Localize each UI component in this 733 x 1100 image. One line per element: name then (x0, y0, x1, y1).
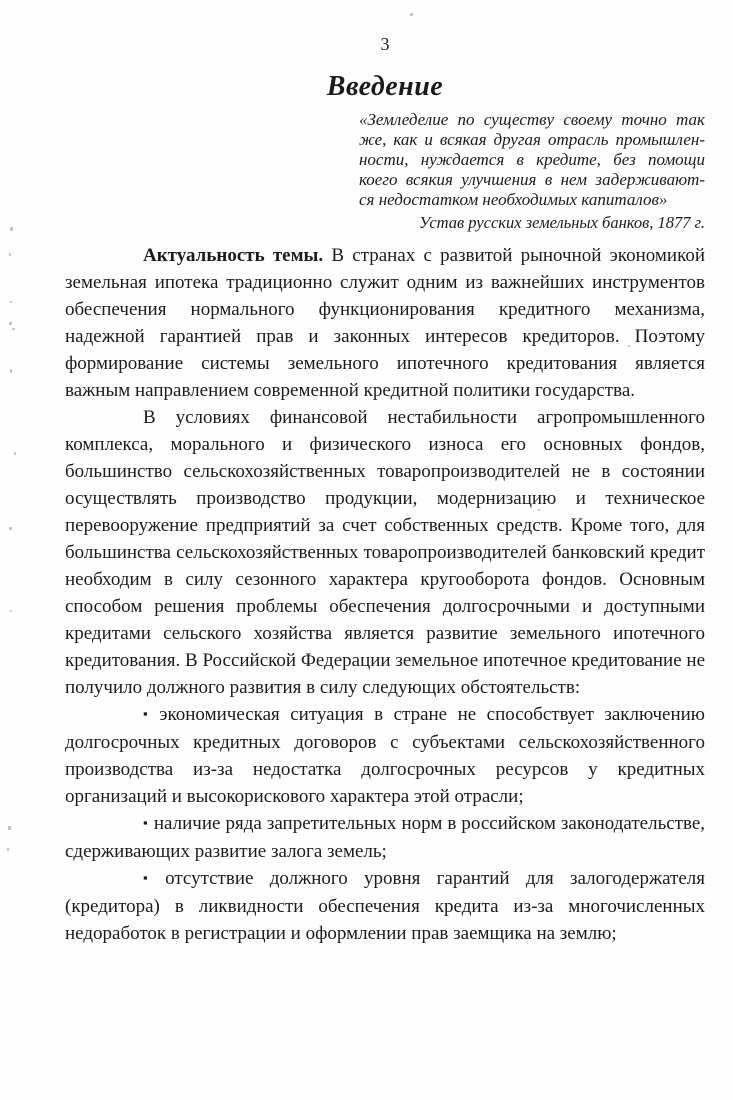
scan-artifact (628, 345, 630, 347)
scan-artifact (9, 253, 11, 256)
scan-artifact (10, 301, 12, 303)
document-page: 3 Введение «Земледелие по существу своем… (0, 0, 733, 1100)
page-number: 3 (65, 0, 705, 54)
scan-artifact (10, 227, 13, 231)
bullet-text: экономическая ситуация в стране не спосо… (65, 704, 705, 807)
bullet-square-icon: ▪ (143, 706, 159, 721)
epigraph-line: ся недостатком необходимых капиталов» (359, 190, 705, 210)
bullet-text: наличие ряда запретительных норм в росси… (65, 813, 705, 862)
scan-artifact (9, 527, 12, 530)
paragraph-lead: Актуальность темы. (143, 245, 323, 266)
paragraph-relevance: Актуальность темы. В странах с развитой … (65, 242, 705, 404)
paragraph-conditions: В условиях финансовой нестабильности агр… (65, 404, 705, 701)
bullet-item-prohibitive-norms: ▪наличие ряда запретительных норм в росс… (65, 810, 705, 865)
scan-artifact (14, 452, 16, 455)
bullet-item-economic-situation: ▪экономическая ситуация в стране не спос… (65, 701, 705, 810)
epigraph-attribution: Устав русских земельных банков, 1877 г. (359, 212, 705, 233)
bullet-item-guarantee-absence: ▪отсутствие должного уровня гарантий для… (65, 865, 705, 947)
epigraph-line: ности, нуждается в кредите, без помощи (359, 150, 705, 170)
scan-artifact (12, 328, 15, 330)
epigraph-line: коего всякия улучшения в нем задерживают… (359, 170, 705, 190)
scan-artifact (410, 13, 413, 16)
scan-artifact (9, 322, 12, 325)
scan-artifact (538, 509, 540, 511)
epigraph-line: же, как и всякая другая отрасль промышле… (359, 130, 705, 150)
scan-artifact (7, 848, 9, 851)
body-text: Актуальность темы. В странах с развитой … (65, 242, 705, 947)
epigraph-quote: «Земледелие по существу своему точно так… (359, 110, 705, 210)
page-title: Введение (65, 72, 705, 102)
scan-artifact (10, 369, 12, 373)
paragraph-text: В условиях финансовой нестабильности агр… (65, 407, 705, 698)
scan-artifact (8, 826, 11, 830)
bullet-square-icon: ▪ (143, 815, 154, 830)
scan-artifact (10, 610, 12, 612)
epigraph-line: «Земледелие по существу своему точно так (359, 110, 705, 130)
bullet-square-icon: ▪ (143, 870, 165, 885)
paragraph-text: В странах с развитой рыночной экономикой… (65, 245, 705, 401)
